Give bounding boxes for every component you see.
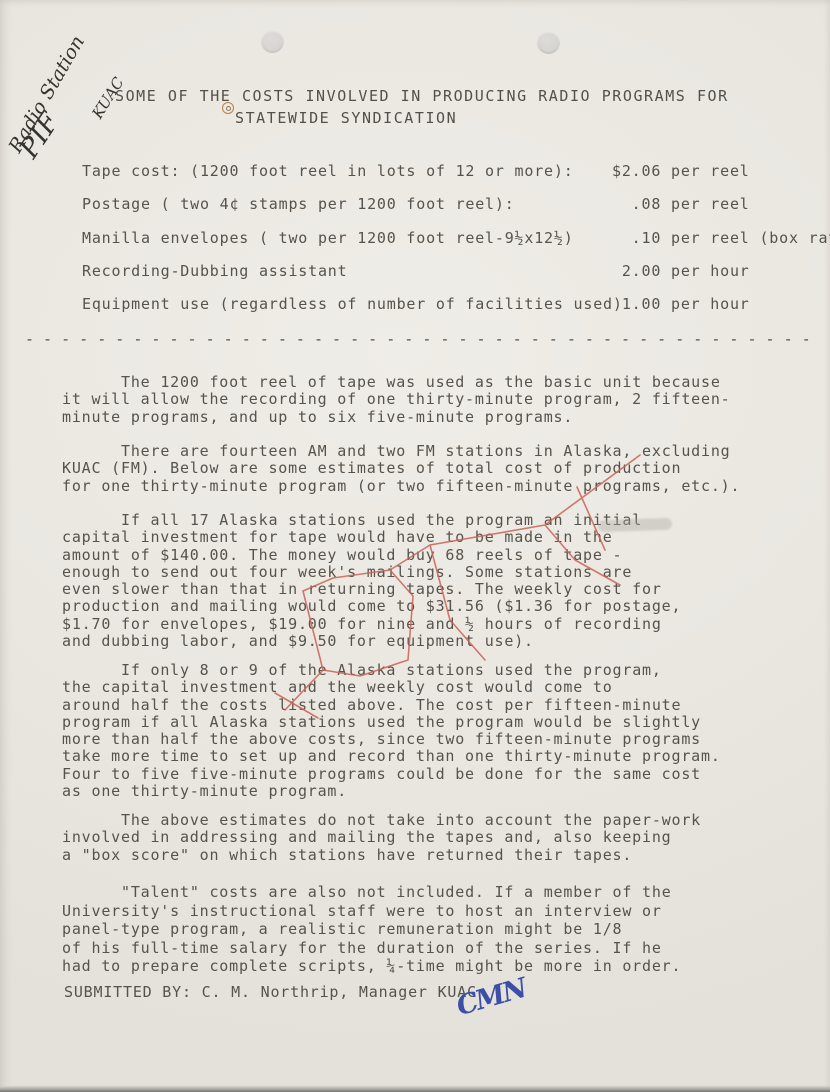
paragraph-1: The 1200 foot reel of tape was used as t… (62, 374, 752, 426)
punch-hole-right (537, 31, 560, 54)
red-pen-marking (270, 440, 690, 750)
cost-row-label: Recording-Dubbing assistant (82, 263, 347, 280)
scan-bottom-edge (0, 1086, 830, 1092)
cost-row-label: Postage ( two 4¢ stamps per 1200 foot re… (82, 196, 515, 213)
cost-row-value: .10 per reel (box rate (612, 230, 830, 247)
cost-row-value: .08 per reel (612, 196, 750, 213)
document-title-line2: STATEWIDE SYNDICATION (235, 110, 457, 127)
paragraph-6: "Talent" costs are also not included. If… (62, 883, 752, 976)
punch-hole-left (261, 30, 284, 53)
dashed-divider: - - - - - - - - - - - - - - - - - - - - … (25, 331, 820, 348)
cost-row-label: Equipment use (regardless of number of f… (82, 296, 623, 313)
submitted-by-line: SUBMITTED BY: C. M. Northrip, Manager KU… (64, 984, 477, 1001)
signature-initials: CMN (453, 973, 529, 1022)
document-title-line1: SOME OF THE COSTS INVOLVED IN PRODUCING … (115, 88, 729, 105)
cost-row-value: 1.00 per hour (612, 296, 750, 313)
orange-circled-mark (222, 102, 234, 114)
scanned-document-page: PIF Radio Station KUAC SOME OF THE COSTS… (0, 0, 830, 1092)
cost-row-label: Manilla envelopes ( two per 1200 foot re… (82, 230, 574, 247)
cost-row-value: 2.00 per hour (612, 263, 750, 280)
cost-row-label: Tape cost: (1200 foot reel in lots of 12… (82, 163, 574, 180)
paragraph-5: The above estimates do not take into acc… (62, 812, 752, 864)
cost-row-value: $2.06 per reel (612, 163, 750, 180)
